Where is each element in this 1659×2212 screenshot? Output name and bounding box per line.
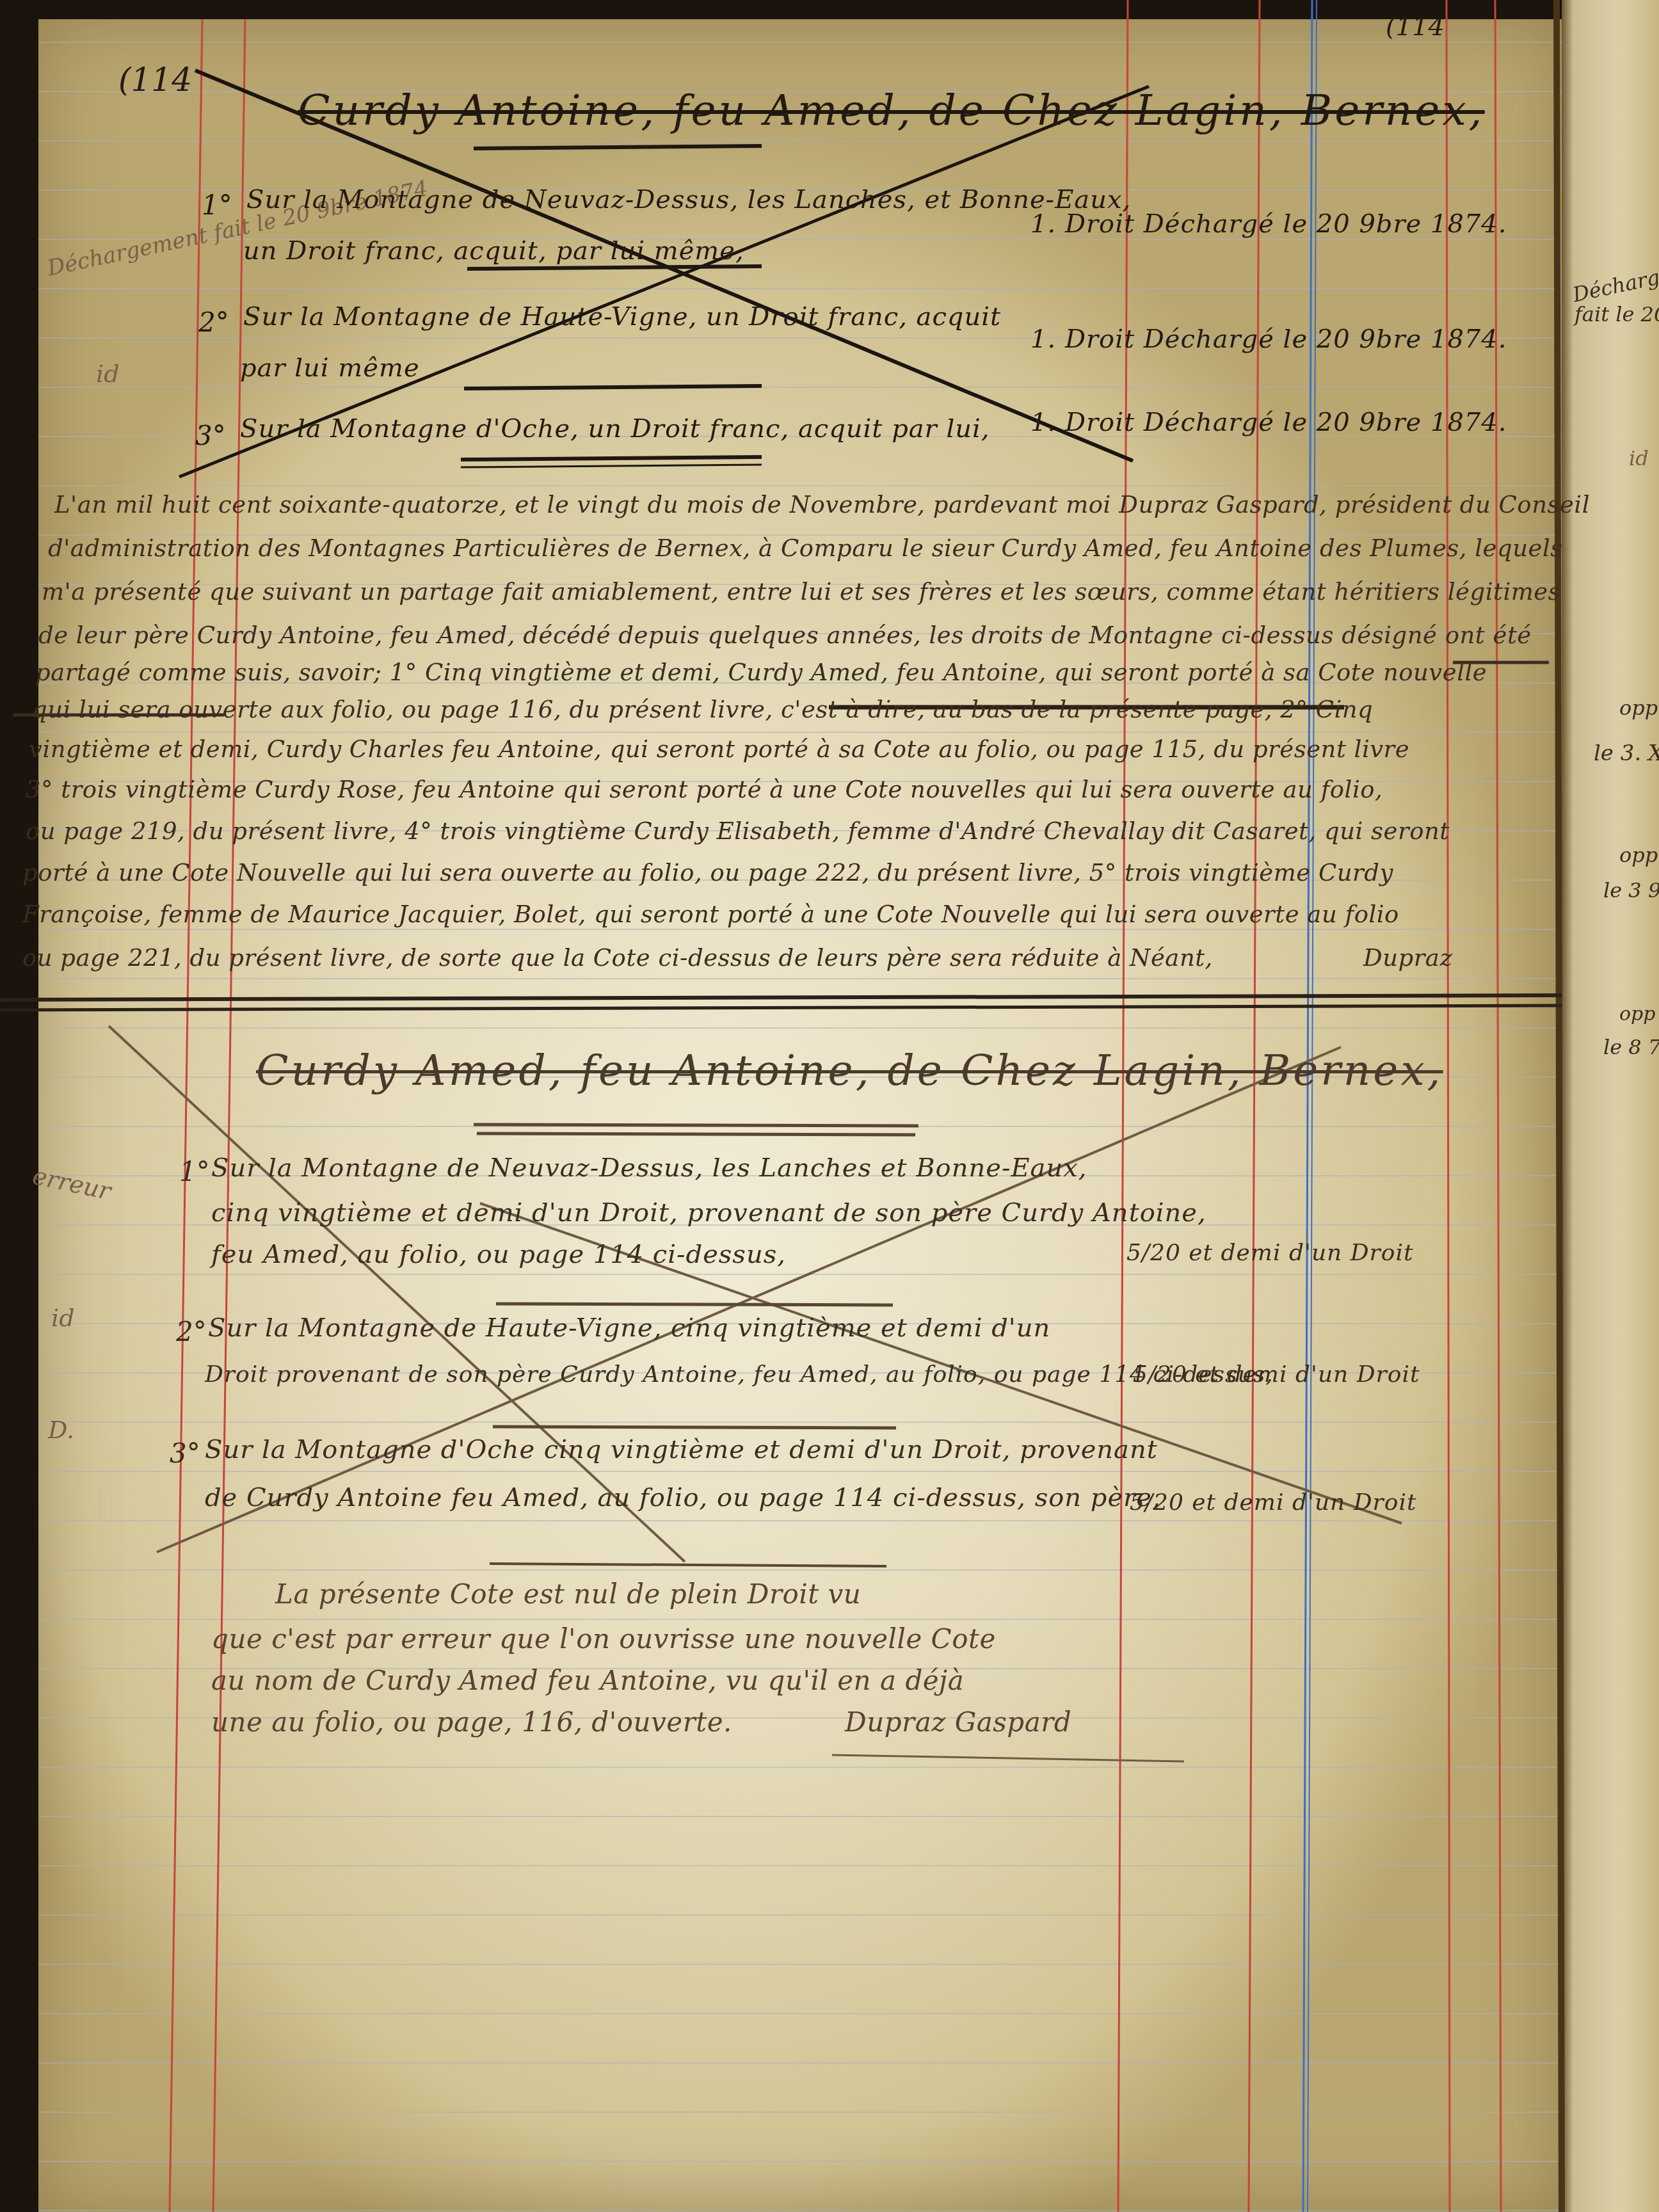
section2-entry1-number: 1° xyxy=(179,1158,210,1185)
folio-number-right: (114 xyxy=(1386,14,1445,40)
note-line: La présente Cote est nul de plein Droit … xyxy=(275,1581,861,1608)
folio-number-left: (114 xyxy=(118,64,192,96)
section1-entry1-number: 1° xyxy=(202,192,232,219)
adjacent-note: le 3 9 xyxy=(1603,880,1659,901)
section2-entry3-right: 5/20 et demi d'un Droit xyxy=(1130,1491,1416,1514)
adjacent-note: opp xyxy=(1619,698,1658,718)
section1-margin-note-id: id xyxy=(96,362,119,386)
section2-margin-note-id: id xyxy=(51,1306,74,1330)
paragraph-line: ou page 219, du présent livre, 4° trois … xyxy=(26,819,1450,843)
section2-heading: Curdy Amed, feu Antoine, de Chez Lagin, … xyxy=(256,1050,1443,1092)
paragraph-line: porté à une Cote Nouvelle qui lui sera o… xyxy=(22,861,1393,885)
section2-entry2-line2: Droit provenant de son père Curdy Antoin… xyxy=(205,1363,1274,1386)
section1-entry2-line2: par lui même xyxy=(240,355,420,381)
paragraph-line: m'a présenté que suivant un partage fait… xyxy=(42,580,1560,604)
paragraph-line: qui lui sera ouverte aux folio, ou page … xyxy=(32,698,1373,721)
paragraph-line: ou page 221, du présent livre, de sorte … xyxy=(22,946,1213,970)
paragraph-signature: Dupraz xyxy=(1363,946,1452,970)
section2-entry1-line2: cinq vingtième et demi d'un Droit, prove… xyxy=(211,1200,1206,1226)
section2-entry3-number: 3° xyxy=(170,1440,200,1467)
adjacent-page-edge xyxy=(1562,0,1659,2212)
adjacent-note: id xyxy=(1629,448,1649,469)
paragraph-line: de leur père Curdy Antoine, feu Amed, dé… xyxy=(38,623,1532,647)
note-line: une au folio, ou page, 116, d'ouverte. xyxy=(211,1709,732,1736)
adjacent-note: opp xyxy=(1619,845,1658,865)
section2-entry1-right: 5/20 et demi d'un Droit xyxy=(1126,1242,1413,1265)
section1-entry3-line1: Sur la Montagne d'Oche, un Droit franc, … xyxy=(240,416,990,442)
section1-entry1-line2: un Droit franc, acquit, par lui même, xyxy=(243,238,744,264)
section2-entry3-line1: Sur la Montagne d'Oche cinq vingtième et… xyxy=(205,1437,1158,1463)
section1-entry3-right: 1. Droit Déchargé le 20 9bre 1874. xyxy=(1030,410,1507,435)
section2-entry1-line3: feu Amed, au folio, ou page 114 ci-dessu… xyxy=(211,1242,786,1267)
section1-entry2-line1: Sur la Montagne de Haute-Vigne, un Droit… xyxy=(243,304,1001,330)
note-line: au nom de Curdy Amed feu Antoine, vu qu'… xyxy=(211,1667,964,1694)
section2-entry2-right: 5/20 et demi d'un Droit xyxy=(1133,1363,1420,1386)
section1-entry3-number: 3° xyxy=(195,422,226,449)
note-signature: Dupraz Gaspard xyxy=(845,1709,1071,1736)
adjacent-note: fait le 20. xyxy=(1575,304,1659,325)
section2-entry2-number: 2° xyxy=(176,1318,207,1345)
paragraph-line: partagé comme suis, savoir; 1° Cinq ving… xyxy=(35,661,1487,684)
adjacent-note: le 3. X xyxy=(1594,742,1659,764)
section1-entry1-line1: Sur la Montagne de Neuvaz-Dessus, les La… xyxy=(246,187,1131,212)
section1-entry1-right: 1. Droit Déchargé le 20 9bre 1874. xyxy=(1030,211,1507,237)
section2-entry2-line1: Sur la Montagne de Haute-Vigne, cinq vin… xyxy=(208,1315,1050,1341)
note-line: que c'est par erreur que l'on ouvrisse u… xyxy=(211,1626,996,1653)
section1-entry2-right: 1. Droit Déchargé le 20 9bre 1874. xyxy=(1030,326,1507,352)
section1-heading: Curdy Antoine, feu Amed, de Chez Lagin, … xyxy=(298,90,1485,132)
adjacent-note: opp xyxy=(1619,1005,1655,1024)
section2-margin-note-d: D. xyxy=(48,1418,74,1442)
section1-entry2-number: 2° xyxy=(198,309,229,336)
paragraph-line: vingtième et demi, Curdy Charles feu Ant… xyxy=(29,737,1409,761)
adjacent-note: le 8 7 xyxy=(1603,1037,1659,1057)
paragraph-line: 3° trois vingtième Curdy Rose, feu Antoi… xyxy=(26,778,1382,801)
paragraph-line: d'administration des Montagnes Particuli… xyxy=(48,536,1563,560)
section2-entry3-line2: de Curdy Antoine feu Amed, au folio, ou … xyxy=(205,1485,1161,1511)
paragraph-line: Françoise, femme de Maurice Jacquier, Bo… xyxy=(22,902,1399,926)
paragraph-line: L'an mil huit cent soixante-quatorze, et… xyxy=(54,493,1590,517)
section2-entry1-line1: Sur la Montagne de Neuvaz-Dessus, les La… xyxy=(211,1155,1087,1181)
